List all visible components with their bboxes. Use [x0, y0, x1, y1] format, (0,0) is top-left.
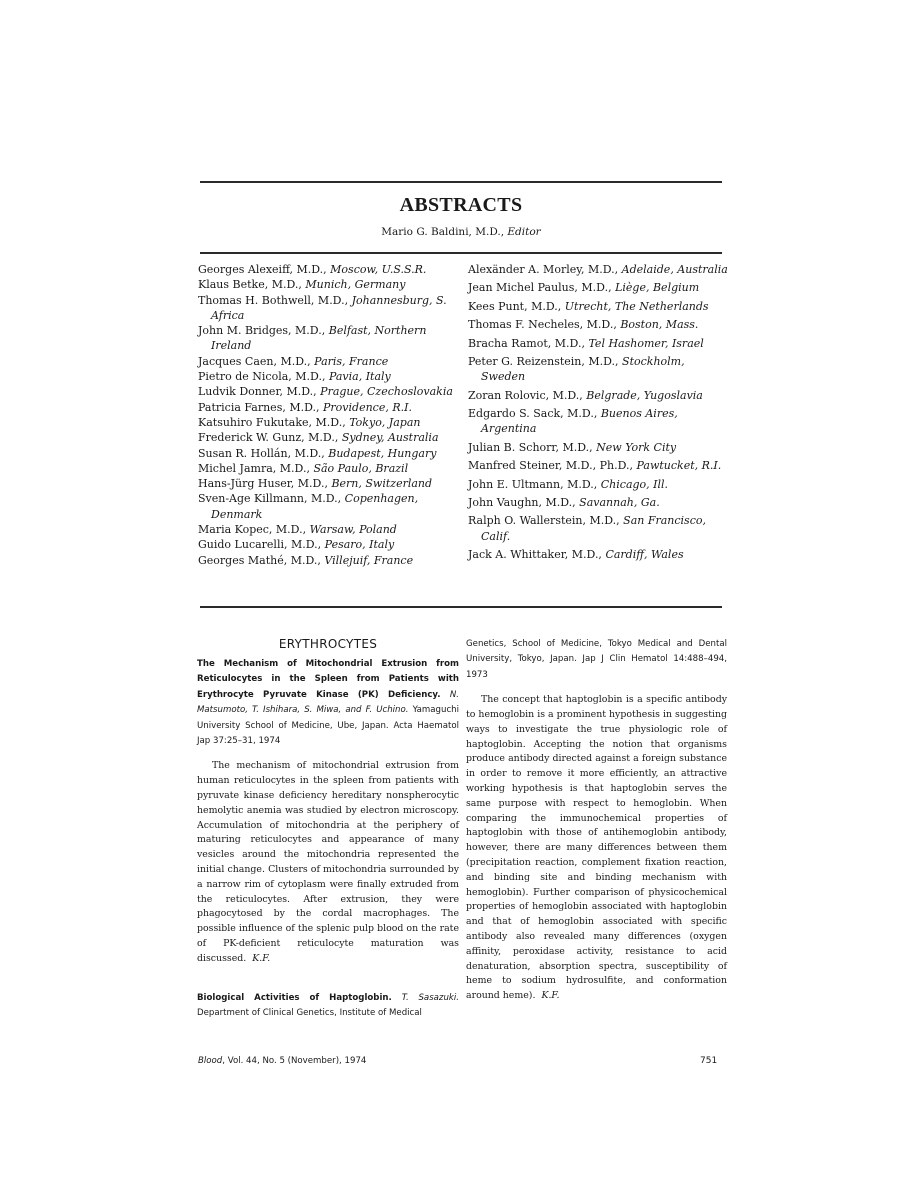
board-member: Bracha Ramot, M.D., Tel Hashomer, Israel	[468, 336, 730, 351]
board-member-name: Ralph O. Wallerstein, M.D.,	[468, 514, 620, 527]
board-member-name: Georges Mathé, M.D.,	[198, 554, 321, 567]
board-member-location: Warsaw, Poland	[310, 523, 397, 536]
board-member: Georges Mathé, M.D., Villejuif, France	[198, 553, 466, 568]
abstract-2-header: Biological Activities of Haptoglobin. T.…	[197, 991, 459, 1022]
journal-issue: , Vol. 44, No. 5 (November), 1974	[222, 1056, 366, 1066]
page-title: ABSTRACTS	[200, 194, 722, 217]
board-member-name: Sven-Age Killmann, M.D.,	[198, 492, 341, 505]
section-heading: ERYTHROCYTES	[197, 637, 459, 651]
board-member-name: Thomas H. Bothwell, M.D.,	[198, 294, 348, 307]
board-member-name: Alexänder A. Morley, M.D.,	[468, 263, 618, 276]
board-member-name: Guido Lucarelli, M.D.,	[198, 538, 321, 551]
board-member: John M. Bridges, M.D., Belfast, Northern…	[198, 323, 466, 354]
board-member-location: New York City	[596, 441, 676, 454]
board-member: Ludvik Donner, M.D., Prague, Czechoslova…	[198, 384, 466, 399]
board-member: Alexänder A. Morley, M.D., Adelaide, Aus…	[468, 262, 730, 277]
board-member-location: Chicago, Ill.	[601, 478, 668, 491]
board-member-name: Ludvik Donner, M.D.,	[198, 385, 317, 398]
board-member: Jack A. Whittaker, M.D., Cardiff, Wales	[468, 547, 730, 562]
editor-name: Mario G. Baldini, M.D.,	[381, 226, 504, 238]
board-member-name: Edgardo S. Sack, M.D.,	[468, 407, 597, 420]
board-member: Klaus Betke, M.D., Munich, Germany	[198, 277, 466, 292]
board-member: Maria Kopec, M.D., Warsaw, Poland	[198, 522, 466, 537]
page-number: 751	[700, 1056, 717, 1066]
board-member-name: Jean Michel Paulus, M.D.,	[468, 281, 612, 294]
abstract-2-title: Biological Activities of Haptoglobin.	[197, 993, 392, 1003]
board-member-name: Georges Alexeiff, M.D.,	[198, 263, 327, 276]
board-member-location: Cardiff, Wales	[605, 548, 683, 561]
board-member-name: Julian B. Schorr, M.D.,	[468, 441, 593, 454]
board-member-location: Tel Hashomer, Israel	[588, 337, 703, 350]
board-member-name: John E. Ultmann, M.D.,	[468, 478, 597, 491]
board-member-name: Peter G. Reizenstein, M.D.,	[468, 355, 619, 368]
board-member-location: Sydney, Australia	[342, 431, 439, 444]
board-member: Manfred Steiner, M.D., Ph.D., Pawtucket,…	[468, 458, 730, 473]
board-member-name: Michel Jamra, M.D.,	[198, 462, 310, 475]
board-member-location: Prague, Czechoslovakia	[320, 385, 453, 398]
abstract-1-body: The mechanism of mitochondrial extrusion…	[197, 759, 459, 966]
board-member: Sven-Age Killmann, M.D., Copenhagen, Den…	[198, 491, 466, 522]
board-member: Zoran Rolovic, M.D., Belgrade, Yugoslavi…	[468, 388, 730, 403]
board-member: Katsuhiro Fukutake, M.D., Tokyo, Japan	[198, 415, 466, 430]
abstract-2-authors: T. Sasazuki.	[402, 993, 459, 1003]
right-column: Genetics, School of Medicine, Tokyo Medi…	[466, 637, 727, 1004]
editor-role: Editor	[507, 226, 540, 238]
board-member-location: Tokyo, Japan	[349, 416, 420, 429]
board-member-location: Adelaide, Australia	[622, 263, 728, 276]
board-member: Thomas H. Bothwell, M.D., Johannesburg, …	[198, 293, 466, 324]
board-member-location: Moscow, U.S.S.R.	[330, 263, 426, 276]
abstract-2-initials: K.F.	[541, 990, 559, 1001]
board-member-name: Jacques Caen, M.D.,	[198, 355, 311, 368]
board-member: Jean Michel Paulus, M.D., Liège, Belgium	[468, 280, 730, 295]
board-member-location: Pesaro, Italy	[325, 538, 395, 551]
board-member-location: Budapest, Hungary	[328, 447, 436, 460]
header-bottom-rule	[200, 252, 722, 254]
board-member-location: Boston, Mass.	[620, 318, 698, 331]
board-member-location: Belgrade, Yugoslavia	[586, 389, 703, 402]
board-member-name: Maria Kopec, M.D.,	[198, 523, 306, 536]
abstract-1-header: The Mechanism of Mitochondrial Extrusion…	[197, 657, 459, 749]
board-member-location: Pavia, Italy	[329, 370, 391, 383]
board-member-location: São Paulo, Brazil	[313, 462, 408, 475]
abstract-2-affiliation-part1: Department of Clinical Genetics, Institu…	[197, 1008, 422, 1018]
board-member-location: Bern, Switzerland	[331, 477, 432, 490]
abstract-1-title: The Mechanism of Mitochondrial Extrusion…	[197, 659, 459, 700]
board-member-name: Katsuhiro Fukutake, M.D.,	[198, 416, 346, 429]
journal-citation-footer: Blood, Vol. 44, No. 5 (November), 1974	[198, 1056, 366, 1066]
board-member-name: Klaus Betke, M.D.,	[198, 278, 302, 291]
board-member-location: Villejuif, France	[324, 554, 413, 567]
board-member: Peter G. Reizenstein, M.D., Stockholm, S…	[468, 354, 730, 385]
board-member: Hans-Jürg Huser, M.D., Bern, Switzerland	[198, 476, 466, 491]
board-bottom-rule	[200, 606, 722, 608]
board-member: Ralph O. Wallerstein, M.D., San Francisc…	[468, 513, 730, 544]
editor-line: Mario G. Baldini, M.D., Editor	[200, 226, 722, 238]
board-member-name: Hans-Jürg Huser, M.D.,	[198, 477, 328, 490]
board-member-name: Bracha Ramot, M.D.,	[468, 337, 585, 350]
editorial-board-right: Alexänder A. Morley, M.D., Adelaide, Aus…	[468, 262, 730, 565]
journal-name: Blood	[198, 1056, 222, 1066]
board-member: Kees Punt, M.D., Utrecht, The Netherland…	[468, 299, 730, 314]
board-member: Pietro de Nicola, M.D., Pavia, Italy	[198, 369, 466, 384]
board-member-location: Liège, Belgium	[615, 281, 699, 294]
board-member: Jacques Caen, M.D., Paris, France	[198, 354, 466, 369]
board-member-name: Kees Punt, M.D.,	[468, 300, 561, 313]
board-member: Patricia Farnes, M.D., Providence, R.I.	[198, 400, 466, 415]
board-member: Thomas F. Necheles, M.D., Boston, Mass.	[468, 317, 730, 332]
abstract-2-affiliation-continued: Genetics, School of Medicine, Tokyo Medi…	[466, 637, 727, 683]
left-column: ERYTHROCYTES The Mechanism of Mitochondr…	[197, 637, 459, 1021]
board-member-name: John Vaughn, M.D.,	[468, 496, 576, 509]
board-member: Edgardo S. Sack, M.D., Buenos Aires, Arg…	[468, 406, 730, 437]
board-member-location: Paris, France	[314, 355, 388, 368]
board-member-name: Jack A. Whittaker, M.D.,	[468, 548, 602, 561]
editorial-board-left: Georges Alexeiff, M.D., Moscow, U.S.S.R.…	[198, 262, 466, 568]
abstract-1-initials: K.F.	[252, 953, 270, 964]
board-member-location: Utrecht, The Netherlands	[565, 300, 709, 313]
board-member: Susan R. Hollán, M.D., Budapest, Hungary	[198, 446, 466, 461]
board-member-location: Pawtucket, R.I.	[636, 459, 721, 472]
board-member: Guido Lucarelli, M.D., Pesaro, Italy	[198, 537, 466, 552]
board-member-location: Providence, R.I.	[323, 401, 412, 414]
board-member: Michel Jamra, M.D., São Paulo, Brazil	[198, 461, 466, 476]
board-member: Julian B. Schorr, M.D., New York City	[468, 440, 730, 455]
board-member: Frederick W. Gunz, M.D., Sydney, Austral…	[198, 430, 466, 445]
journal-page: ABSTRACTS Mario G. Baldini, M.D., Editor…	[0, 0, 918, 1188]
abstract-2-body: The concept that haptoglobin is a specif…	[466, 693, 727, 1004]
board-member-name: John M. Bridges, M.D.,	[198, 324, 325, 337]
board-member-name: Zoran Rolovic, M.D.,	[468, 389, 583, 402]
board-member-name: Patricia Farnes, M.D.,	[198, 401, 320, 414]
board-member-name: Susan R. Hollán, M.D.,	[198, 447, 325, 460]
board-member-location: Savannah, Ga.	[579, 496, 660, 509]
board-member: John E. Ultmann, M.D., Chicago, Ill.	[468, 477, 730, 492]
board-member-name: Pietro de Nicola, M.D.,	[198, 370, 325, 383]
board-member: John Vaughn, M.D., Savannah, Ga.	[468, 495, 730, 510]
board-member-name: Thomas F. Necheles, M.D.,	[468, 318, 617, 331]
board-member-name: Frederick W. Gunz, M.D.,	[198, 431, 338, 444]
board-member-location: Munich, Germany	[305, 278, 405, 291]
board-member: Georges Alexeiff, M.D., Moscow, U.S.S.R.	[198, 262, 466, 277]
top-rule	[200, 181, 722, 183]
board-member-name: Manfred Steiner, M.D., Ph.D.,	[468, 459, 633, 472]
